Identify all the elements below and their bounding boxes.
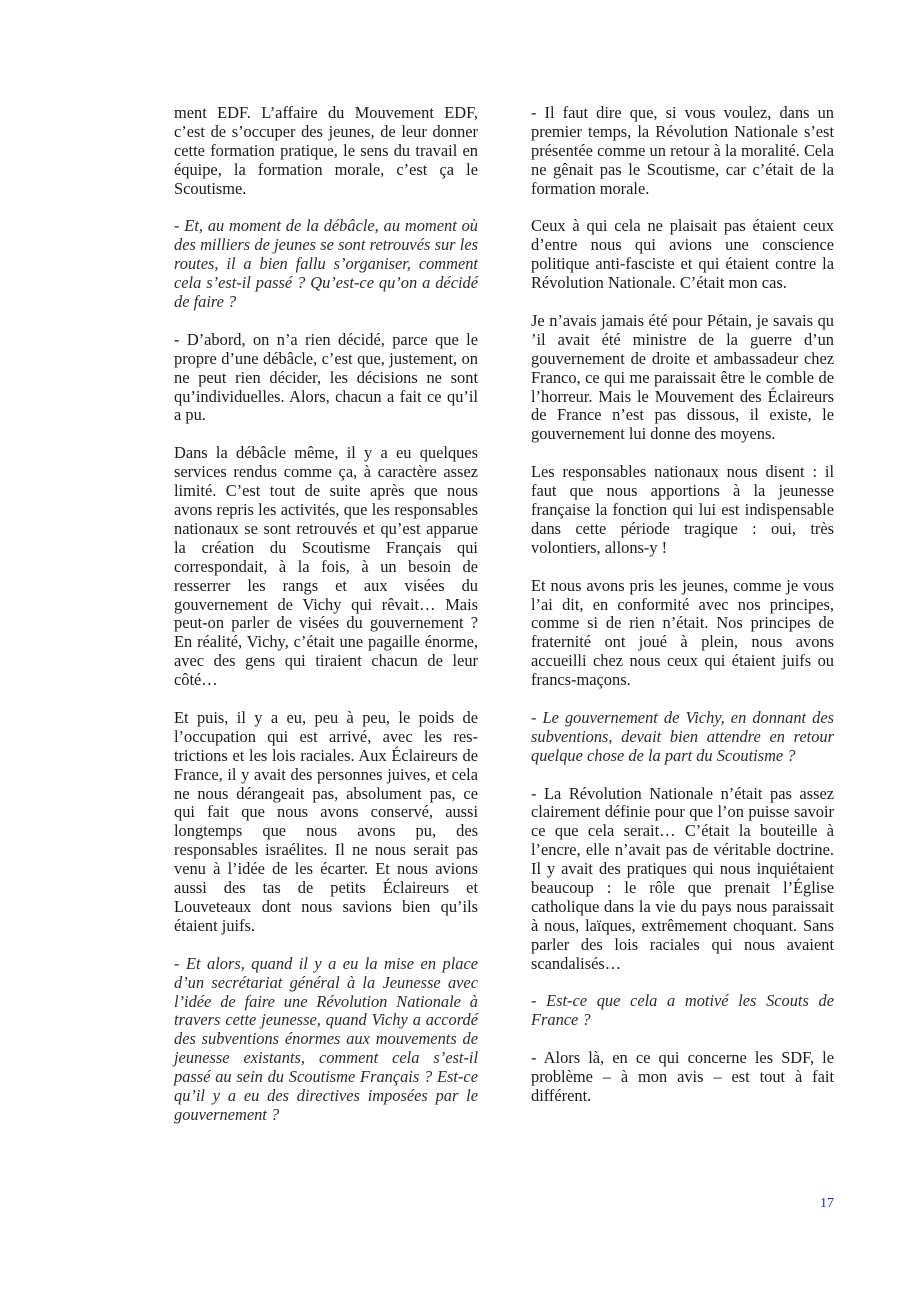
page-number: 17 — [812, 1196, 834, 1212]
left-column: ment EDF. L’affaire du Mouvement EDF, c’… — [174, 104, 478, 1144]
question-paragraph: - Et, au moment de la débâcle, au moment… — [174, 217, 478, 312]
answer-paragraph: - Alors là, en ce qui concerne les SDF, … — [531, 1049, 834, 1106]
answer-paragraph: Ceux à qui cela ne plaisait pas étaient … — [531, 217, 834, 293]
answer-paragraph: - La Révolution Nationale n’était pas as… — [531, 785, 834, 974]
answer-paragraph: - D’abord, on n’a rien décidé, parce que… — [174, 331, 478, 426]
answer-paragraph: Les responsables nationaux nous di­sent … — [531, 463, 834, 558]
answer-paragraph: ment EDF. L’affaire du Mouvement EDF, c’… — [174, 104, 478, 199]
answer-paragraph: - Il faut dire que, si vous voulez, dans… — [531, 104, 834, 199]
question-paragraph: - Est-ce que cela a motivé les Scouts de… — [531, 992, 834, 1030]
document-page: ment EDF. L’affaire du Mouvement EDF, c’… — [0, 0, 921, 1304]
answer-paragraph: Et nous avons pris les jeunes, comme je … — [531, 577, 834, 690]
right-column: - Il faut dire que, si vous voulez, dans… — [531, 104, 834, 1125]
answer-paragraph: Je n’avais jamais été pour Pétain, je sa… — [531, 312, 834, 444]
question-paragraph: - Le gouvernement de Vichy, en donnant d… — [531, 709, 834, 766]
answer-paragraph: Dans la débâcle même, il y a eu quelques… — [174, 444, 478, 690]
question-paragraph: - Et alors, quand il y a eu la mise en p… — [174, 955, 478, 1125]
answer-paragraph: Et puis, il y a eu, peu à peu, le poids … — [174, 709, 478, 936]
